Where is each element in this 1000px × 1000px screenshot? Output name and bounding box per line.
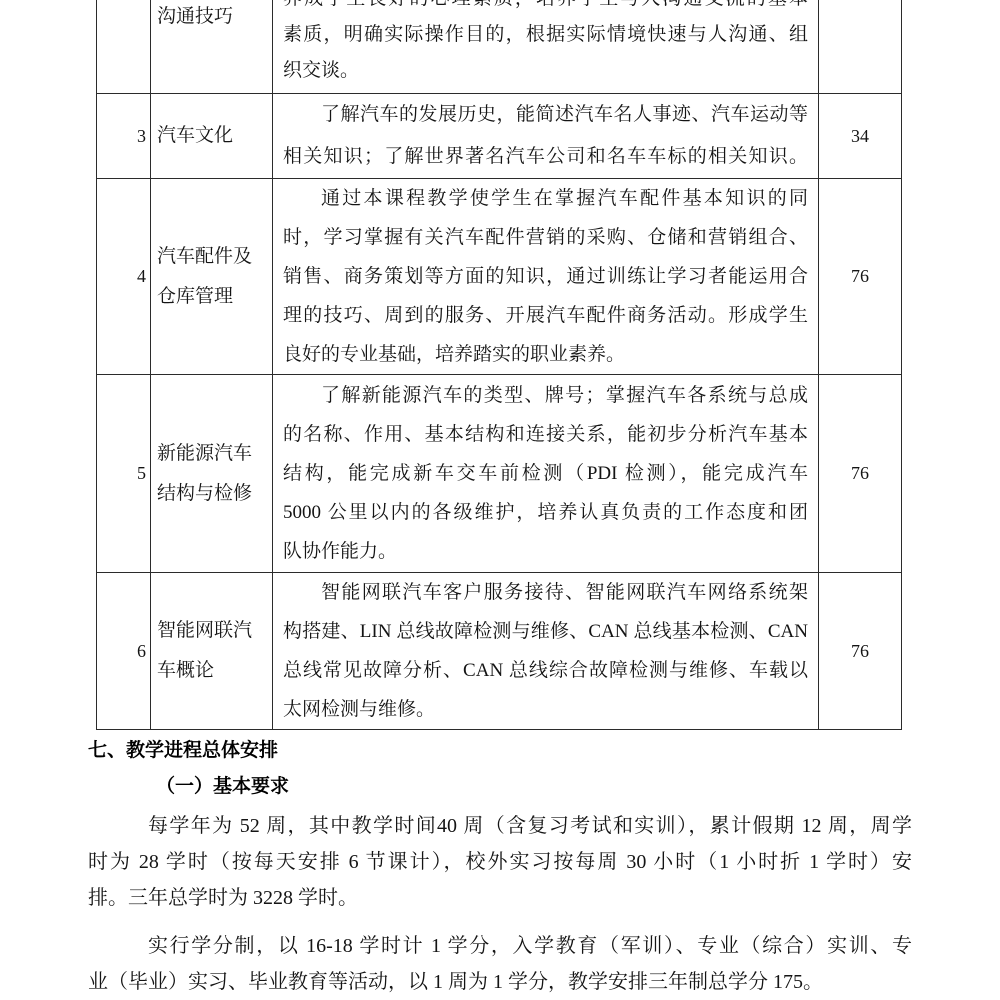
course-hours-cell: 76 xyxy=(819,179,902,375)
table-row: 3 汽车文化 了解汽车的发展历史，能简述汽车名人事迹、汽车运动等相关知识；了解世… xyxy=(97,94,902,179)
course-content-cell: 通过本课程教学使学生在掌握汽车配件基本知识的同时，学习掌握有关汽车配件营销的采购… xyxy=(273,179,819,375)
course-desc-line: 了解新能源汽车的类型、牌号；掌握汽车各系统与总成 xyxy=(283,376,808,415)
course-desc-line: 素质，明确实际操作目的，根据实际情境快速与人沟通、组 xyxy=(283,17,808,53)
table-row: 6 智能网联汽车概论 智能网联汽车客户服务接待、智能网联汽车网络系统架构搭建、L… xyxy=(97,573,902,730)
course-content-cell: 了解汽车的发展历史，能简述汽车名人事迹、汽车运动等相关知识；了解世界著名汽车公司… xyxy=(273,94,819,179)
course-name-line: 新能源汽车 xyxy=(157,434,272,474)
course-hours-cell xyxy=(819,0,902,94)
row-number-cell: 6 xyxy=(97,573,151,730)
course-desc-line: 养成学生良好的心理素质，培养学生与人沟通交流的基本 xyxy=(283,0,808,17)
course-desc-line: 5000 公里以内的各级维护，培养认真负责的工作态度和团 xyxy=(283,493,808,532)
paragraph-line: 实行学分制，以 16-18 学时计 1 学分，入学教育（军训）、专业（综合）实训… xyxy=(88,928,912,964)
document-page: 沟通技巧 养成学生良好的心理素质，培养学生与人沟通交流的基本素质，明确实际操作目… xyxy=(0,0,1000,1000)
row-number-cell: 3 xyxy=(97,94,151,179)
course-desc-line: 理的技巧、周到的服务、开展汽车配件商务活动。形成学生 xyxy=(283,296,808,335)
course-desc-line: 织交谈。 xyxy=(283,53,808,89)
section-title: 七、教学进程总体安排 xyxy=(88,738,912,764)
course-name-line: 车概论 xyxy=(157,651,272,691)
course-desc-line: 队协作能力。 xyxy=(283,532,808,571)
paragraph-line: 业（毕业）实习、毕业教育等活动，以 1 周为 1 学分，教学安排三年制总学分 1… xyxy=(88,964,912,1000)
course-name-cell: 汽车配件及仓库管理 xyxy=(151,179,273,375)
table-row: 沟通技巧 养成学生良好的心理素质，培养学生与人沟通交流的基本素质，明确实际操作目… xyxy=(97,0,902,94)
course-desc-line: 通过本课程教学使学生在掌握汽车配件基本知识的同 xyxy=(283,179,808,218)
course-name-cell: 新能源汽车结构与检修 xyxy=(151,375,273,573)
course-plan-table: 沟通技巧 养成学生良好的心理素质，培养学生与人沟通交流的基本素质，明确实际操作目… xyxy=(96,0,902,730)
course-name-cell: 汽车文化 xyxy=(151,94,273,179)
row-number-cell xyxy=(97,0,151,94)
course-desc-line: 良好的专业基础，培养踏实的职业素养。 xyxy=(283,335,808,374)
course-name-cell: 沟通技巧 xyxy=(151,0,273,94)
course-desc-line: 智能网联汽车客户服务接待、智能网联汽车网络系统架 xyxy=(283,573,808,612)
course-desc-line: 的名称、作用、基本结构和连接关系，能初步分析汽车基本 xyxy=(283,415,808,454)
course-content-cell: 了解新能源汽车的类型、牌号；掌握汽车各系统与总成的名称、作用、基本结构和连接关系… xyxy=(273,375,819,573)
course-name-cell: 智能网联汽车概论 xyxy=(151,573,273,730)
paragraph-line: 时为 28 学时（按每天安排 6 节课计），校外实习按每周 30 小时（1 小时… xyxy=(88,844,912,880)
course-hours-cell: 34 xyxy=(819,94,902,179)
course-name-line: 仓库管理 xyxy=(157,277,272,317)
row-number-cell: 4 xyxy=(97,179,151,375)
table-row: 5 新能源汽车结构与检修 了解新能源汽车的类型、牌号；掌握汽车各系统与总成的名称… xyxy=(97,375,902,573)
course-desc-line: 构搭建、LIN 总线故障检测与维修、CAN 总线基本检测、CAN xyxy=(283,612,808,651)
bottom-text-block: 七、教学进程总体安排 （一）基本要求 每学年为 52 周，其中教学时间40 周（… xyxy=(88,738,912,1000)
course-hours-cell: 76 xyxy=(819,375,902,573)
course-desc-line: 销售、商务策划等方面的知识，通过训练让学习者能运用合 xyxy=(283,257,808,296)
course-desc-line: 相关知识；了解世界著名汽车公司和名车车标的相关知识。 xyxy=(283,136,808,178)
course-name-line: 智能网联汽 xyxy=(157,611,272,651)
paragraph-line: 每学年为 52 周，其中教学时间40 周（含复习考试和实训），累计假期 12 周… xyxy=(88,808,912,844)
course-content-cell: 养成学生良好的心理素质，培养学生与人沟通交流的基本素质，明确实际操作目的，根据实… xyxy=(273,0,819,94)
course-content-cell: 智能网联汽车客户服务接待、智能网联汽车网络系统架构搭建、LIN 总线故障检测与维… xyxy=(273,573,819,730)
course-name-line: 汽车文化 xyxy=(157,116,272,156)
paragraph: 实行学分制，以 16-18 学时计 1 学分，入学教育（军训）、专业（综合）实训… xyxy=(88,928,912,1000)
course-hours-cell: 76 xyxy=(819,573,902,730)
row-number-cell: 5 xyxy=(97,375,151,573)
course-desc-line: 时，学习掌握有关汽车配件营销的采购、仓储和营销组合、 xyxy=(283,218,808,257)
paragraph-line: 排。三年总学时为 3228 学时。 xyxy=(88,880,912,916)
course-desc-line: 结构，能完成新车交车前检测（PDI 检测），能完成汽车 xyxy=(283,454,808,493)
course-name-line: 沟通技巧 xyxy=(157,0,272,37)
course-desc-line: 总线常见故障分析、CAN 总线综合故障检测与维修、车载以 xyxy=(283,651,808,690)
course-name-line: 结构与检修 xyxy=(157,474,272,514)
paragraph: 每学年为 52 周，其中教学时间40 周（含复习考试和实训），累计假期 12 周… xyxy=(88,808,912,916)
course-name-line: 汽车配件及 xyxy=(157,237,272,277)
table-row: 4 汽车配件及仓库管理 通过本课程教学使学生在掌握汽车配件基本知识的同时，学习掌… xyxy=(97,179,902,375)
subsection-title: （一）基本要求 xyxy=(156,774,912,800)
course-desc-line: 太网检测与维修。 xyxy=(283,690,808,729)
course-desc-line: 了解汽车的发展历史，能简述汽车名人事迹、汽车运动等 xyxy=(283,94,808,136)
